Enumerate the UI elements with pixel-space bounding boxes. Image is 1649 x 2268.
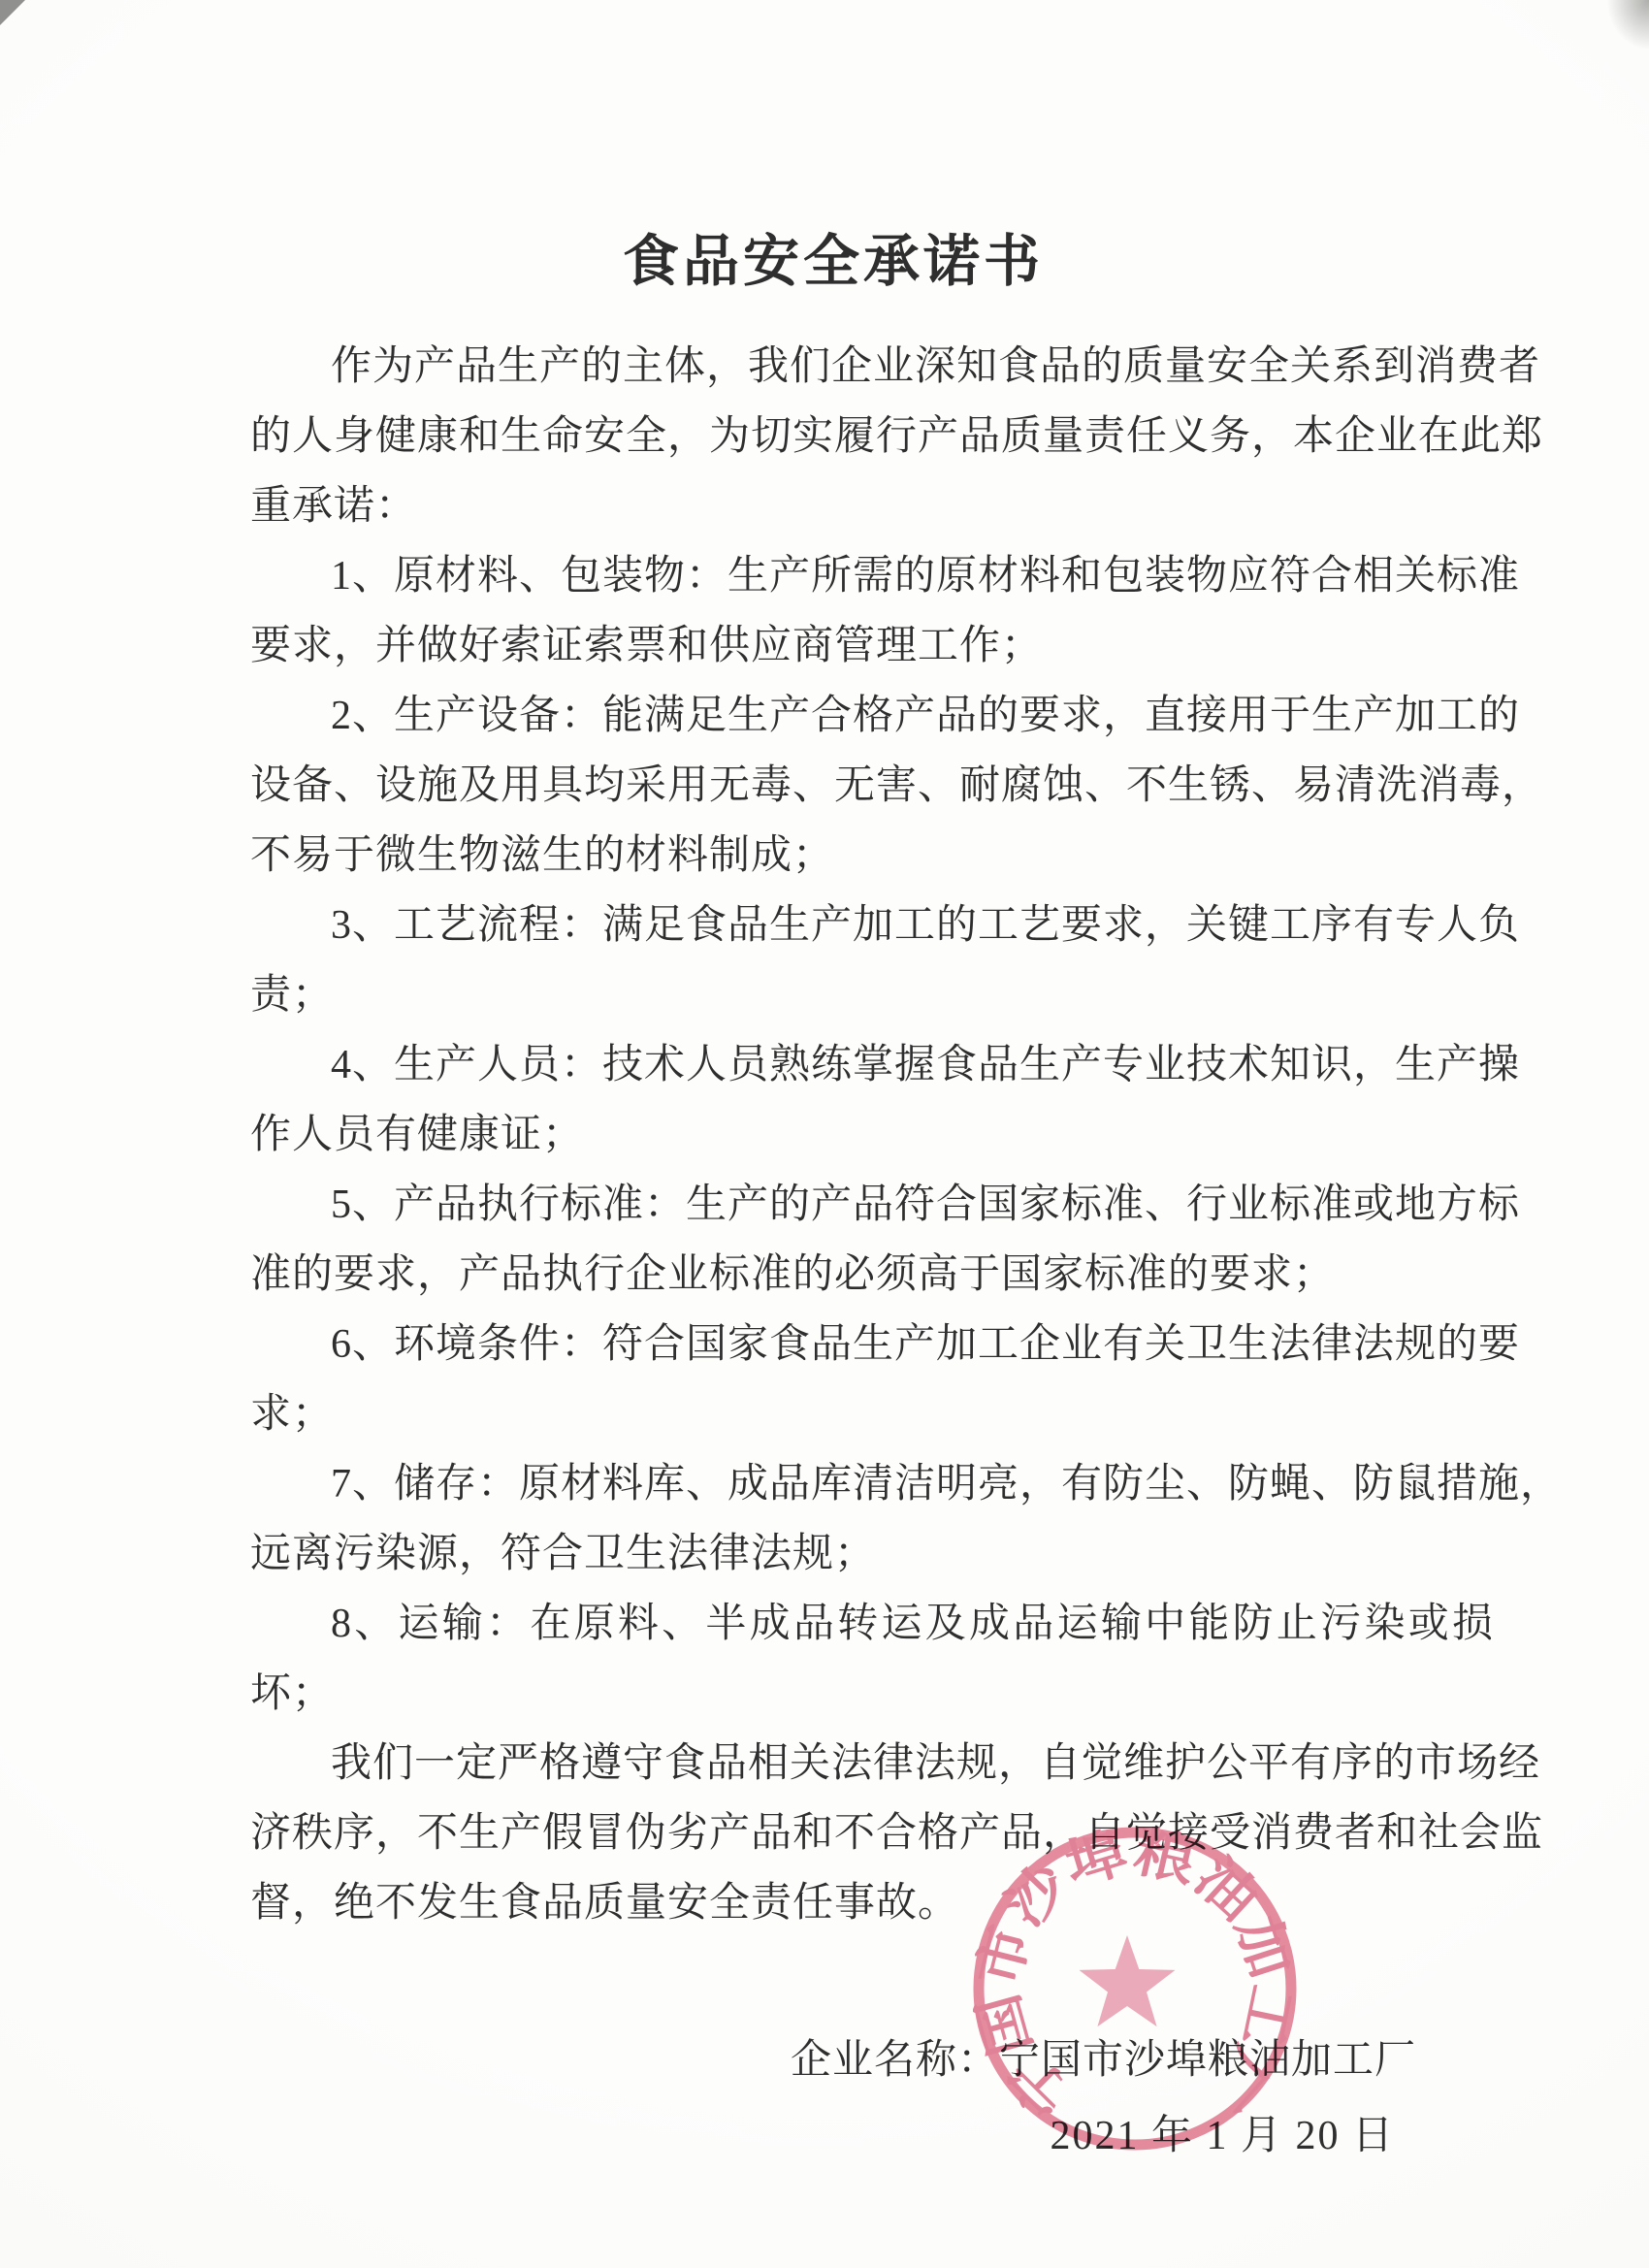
text-line: 1、原材料、包装物：生产所需的原材料和包装物应符合相关标准 (250, 541, 1494, 611)
paragraph: 我们一定严格遵守食品相关法律法规，自觉维护公平有序的市场经济秩序，不生产假冒伪劣… (250, 1729, 1494, 1938)
text-line: 督，绝不发生食品质量安全责任事故。 (250, 1868, 1494, 1938)
paragraph: 7、储存：原材料库、成品库清洁明亮，有防尘、防蝇、防鼠措施，远离污染源，符合卫生… (250, 1449, 1494, 1589)
text-line: 准的要求，产品执行企业标准的必须高于国家标准的要求； (250, 1240, 1494, 1310)
paragraph: 1、原材料、包装物：生产所需的原材料和包装物应符合相关标准要求，并做好索证索票和… (250, 541, 1494, 681)
scan-artifact-top-right (1606, 0, 1649, 50)
text-line: 作为产品生产的主体，我们企业深知食品的质量安全关系到消费者 (250, 332, 1494, 402)
company-name-value: 宁国市沙埠粮油加工厂 (999, 2038, 1416, 2083)
text-line: 济秩序，不生产假冒伪劣产品和不合格产品，自觉接受消费者和社会监 (250, 1798, 1494, 1868)
date-line: 2021 年 1 月 20 日 (250, 2103, 1494, 2161)
text-line: 远离污染源，符合卫生法律法规； (250, 1519, 1494, 1589)
text-line: 责； (250, 960, 1494, 1030)
document-title: 食品安全承诺书 (211, 215, 1455, 297)
document-body: 作为产品生产的主体，我们企业深知食品的质量安全关系到消费者的人身健康和生命安全，… (250, 332, 1494, 1938)
paragraph: 3、工艺流程：满足食品生产加工的工艺要求，关键工序有专人负责； (250, 891, 1494, 1030)
scan-artifact-top-left (0, 0, 25, 25)
text-line: 8、运输：在原料、半成品转运及成品运输中能防止污染或损坏； (250, 1589, 1494, 1729)
text-line: 要求，并做好索证索票和供应商管理工作； (250, 611, 1494, 681)
paragraph: 2、生产设备：能满足生产合格产品的要求，直接用于生产加工的设备、设施及用具均采用… (250, 681, 1494, 891)
text-line: 不易于微生物滋生的材料制成； (250, 821, 1494, 891)
paragraph: 作为产品生产的主体，我们企业深知食品的质量安全关系到消费者的人身健康和生命安全，… (250, 332, 1494, 541)
text-line: 的人身健康和生命安全，为切实履行产品质量责任义务，本企业在此郑 (250, 402, 1494, 471)
text-line: 重承诺： (250, 471, 1494, 541)
text-line: 作人员有健康证； (250, 1100, 1494, 1170)
text-line: 2、生产设备：能满足生产合格产品的要求，直接用于生产加工的 (250, 681, 1494, 751)
scanned-document-page: 食品安全承诺书 作为产品生产的主体，我们企业深知食品的质量安全关系到消费者的人身… (0, 0, 1649, 2268)
signature-line: 企业名称：宁国市沙埠粮油加工厂 (250, 2027, 1494, 2086)
text-line: 7、储存：原材料库、成品库清洁明亮，有防尘、防蝇、防鼠措施， (250, 1449, 1494, 1519)
document-content: 食品安全承诺书 作为产品生产的主体，我们企业深知食品的质量安全关系到消费者的人身… (250, 0, 1494, 2161)
text-line: 我们一定严格遵守食品相关法律法规，自觉维护公平有序的市场经 (250, 1729, 1494, 1798)
text-line: 设备、设施及用具均采用无毒、无害、耐腐蚀、不生锈、易清洗消毒， (250, 751, 1494, 821)
text-line: 求； (250, 1379, 1494, 1449)
paragraph: 4、生产人员：技术人员熟练掌握食品生产专业技术知识，生产操作人员有健康证； (250, 1030, 1494, 1170)
company-name-label: 企业名称： (791, 2038, 999, 2083)
text-line: 6、环境条件：符合国家食品生产加工企业有关卫生法律法规的要 (250, 1310, 1494, 1379)
text-line: 5、产品执行标准：生产的产品符合国家标准、行业标准或地方标 (250, 1170, 1494, 1240)
text-line: 3、工艺流程：满足食品生产加工的工艺要求，关键工序有专人负 (250, 891, 1494, 960)
text-line: 4、生产人员：技术人员熟练掌握食品生产专业技术知识，生产操 (250, 1030, 1494, 1100)
paragraph: 6、环境条件：符合国家食品生产加工企业有关卫生法律法规的要求； (250, 1310, 1494, 1449)
paragraph: 8、运输：在原料、半成品转运及成品运输中能防止污染或损坏； (250, 1589, 1494, 1729)
paragraph: 5、产品执行标准：生产的产品符合国家标准、行业标准或地方标准的要求，产品执行企业… (250, 1170, 1494, 1310)
